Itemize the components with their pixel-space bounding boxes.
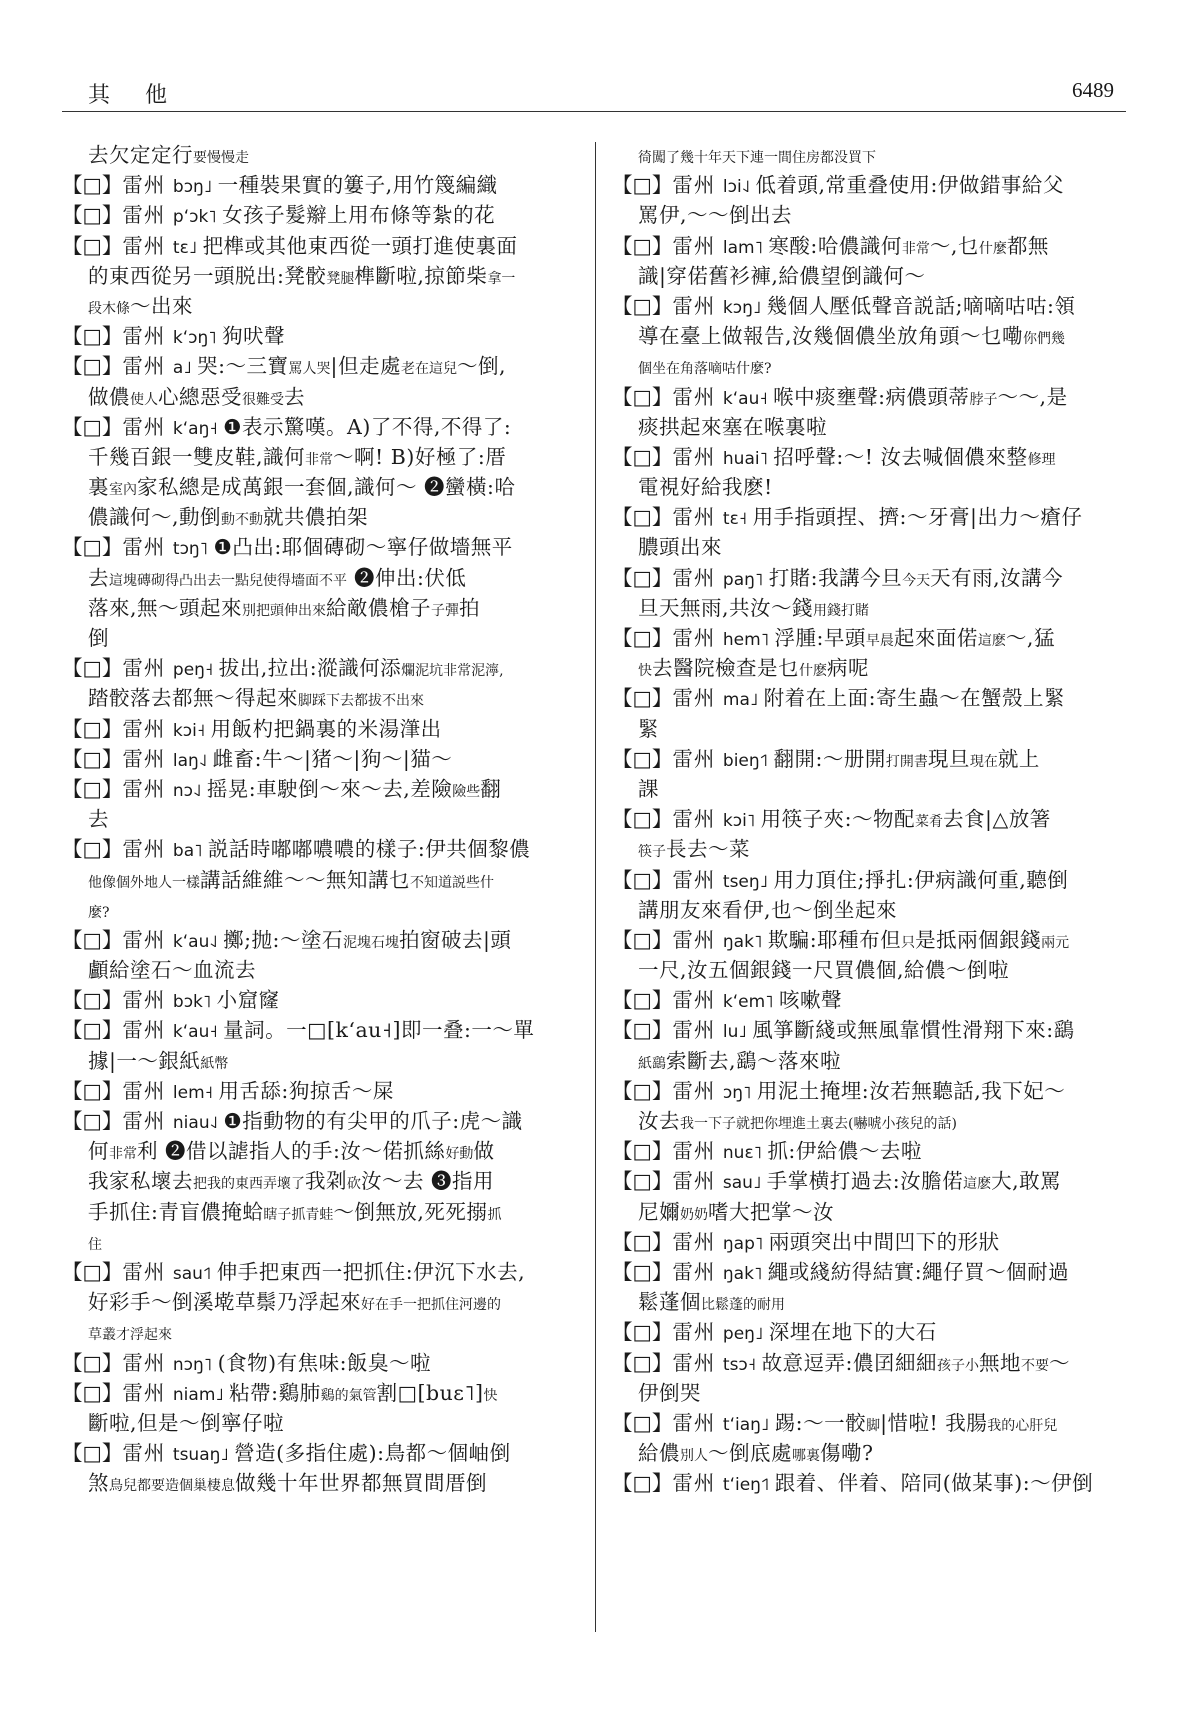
dialect-label: 雷州 [672,807,723,831]
gloss-text: 兩元 [1041,935,1069,951]
definition-text: 寒酸:哈儂識何 [768,234,901,258]
headword-placeholder: 【□】 [612,566,672,590]
entry-line: 【□】雷州 a˩ 哭:～三寶罵人哭|但走處老在這兒～倒, [62,351,572,381]
gloss-text: 奶奶 [680,1207,708,1223]
entry-line: 【□】雷州 bɔk˥ 小窟窿 [62,985,572,1015]
entry-line: 【□】雷州 lam˥ 寒酸:哈儂識何非常～,乜什麼都無 [612,231,1142,261]
headword-placeholder: 【□】 [62,354,122,378]
gloss-text: 快 [484,1388,498,1404]
headword-placeholder: 【□】 [612,505,672,529]
headword-placeholder: 【□】 [612,294,672,318]
entry-continuation-line: 麼? [62,895,572,925]
gloss-text: 早晨 [866,633,894,649]
ipa-pronunciation: peŋ˧ [173,660,219,680]
definition-text: ～,乜 [930,234,979,258]
definition-text: 做儂 [88,385,130,409]
ipa-pronunciation: nɔ˨˩ [173,781,207,801]
headword-placeholder: 【□】 [62,324,122,348]
headword-placeholder: 【□】 [62,1441,122,1465]
ipa-pronunciation: lɔi˨˩ [723,177,756,197]
ipa-pronunciation: kʻem˥ [723,992,779,1012]
entry-continuation-line: 個坐在角落嘀咕什麼? [612,351,1142,381]
headword-placeholder: 【□】 [612,1320,672,1344]
definition-text: 何 [88,1139,109,1163]
entry-continuation-line: 課 [612,774,1142,804]
definition-text: 狗吠聲 [222,324,285,348]
dialect-label: 雷州 [122,988,173,1012]
definition-text: 我刴 [305,1169,347,1193]
gloss-text: 這塊磚砌得凸出去一點兒使得墻面不平 [109,573,347,589]
definition-text: 去欠定定行 [88,143,193,167]
gloss-text: 孩子小 [937,1358,979,1374]
gloss-text: 脚 [866,1418,880,1434]
definition-text: 起來面偌 [894,626,978,650]
ipa-pronunciation: tsɔ˧ [723,1355,762,1375]
entry-line: 【□】雷州 hem˥ 浮腫:早頭早晨起來面偌這麽～,猛 [612,623,1142,653]
ipa-pronunciation: niam˩ [173,1385,229,1405]
entry-line: 【□】雷州 laŋ˨˩ 雌畜:牛～|猪～|狗～|猫～ [62,744,572,774]
entry-continuation-line: 儂識何～,動倒動不動就共儂拍架 [62,502,572,532]
definition-text: 都無 [1007,234,1049,258]
dialect-label: 雷州 [672,1139,723,1163]
ipa-pronunciation: kɔi˧ [173,721,211,741]
definition-text: 踏骹落去都無～得起來 [88,686,298,710]
definition-text: 天有雨,汝講今 [930,566,1063,590]
headword-placeholder: 【□】 [62,535,122,559]
gloss-text: 你們幾 [1023,331,1065,347]
gloss-text: 快 [638,663,652,679]
ipa-pronunciation: kɔi˥ [723,811,761,831]
headword-placeholder: 【□】 [62,656,122,680]
definition-text: 鬆蓬個 [638,1290,701,1314]
entry-continuation-line: 手抓住:青盲儂掩蛤瞎子抓青蛙～倒無放,死死搦抓 [62,1197,572,1227]
headword-placeholder: 【□】 [612,234,672,258]
dialect-label: 雷州 [122,1109,173,1133]
ipa-pronunciation: hem˥ [723,630,775,650]
definition-text: 痰拱起來塞在喉裏啦 [638,415,827,439]
header-rule [62,111,1126,112]
ipa-pronunciation: tʻiaŋ˩ [723,1415,775,1435]
entry-continuation-line: 斷啦,但是～倒寧仔啦 [62,1408,572,1438]
ipa-pronunciation: nɔŋ˥ [173,1355,218,1375]
definition-text: 小窟窿 [217,988,280,1012]
entry-continuation-line: 伊倒哭 [612,1378,1142,1408]
entry-line: 【□】雷州 kʻau˧ 喉中痰壅聲:病儂頭蒂脖子～～,是 [612,382,1142,412]
ipa-pronunciation: kʻau˨˩ [173,932,223,952]
ipa-pronunciation: huai˥ [723,449,773,469]
definition-text: 量詞。一□[kʻau˧]即一叠:一～單 [223,1018,534,1042]
definition-text: 傷嘞? [820,1441,874,1465]
dialect-label: 雷州 [672,1018,723,1042]
ipa-pronunciation: ŋak˥ [723,1264,768,1284]
dialect-label: 雷州 [672,173,723,197]
entry-continuation-line: 鬆蓬個比鬆蓬的耐用 [612,1287,1142,1317]
dialect-label: 雷州 [672,1411,723,1435]
entry-line: 【□】雷州 ŋak˥ 繩或綫紡得結實:繩仔買～個耐過 [612,1257,1142,1287]
entry-continuation-line: 電視好給我麽! [612,472,1142,502]
definition-text: 粘帶:鷄肺 [229,1381,320,1405]
definition-text: 擲;抛:～塗石 [223,928,343,952]
gloss-text: 把我的東西弄壞了 [193,1176,305,1192]
entry-continuation-line: 痰拱起來塞在喉裏啦 [612,412,1142,442]
ipa-pronunciation: tɛ˧ [723,509,753,529]
definition-text: 顱給塗石～血流去 [88,958,256,982]
gloss-text: 鷄的氣管 [321,1388,377,1404]
entry-continuation-line: 罵伊,～～倒出去 [612,200,1142,230]
gloss-text: 脖子 [970,392,998,408]
entry-continuation-line: 住 [62,1227,572,1257]
gloss-text: 只 [901,935,915,951]
definition-text: 就上 [998,747,1040,771]
headword-placeholder: 【□】 [612,445,672,469]
ipa-pronunciation: sau˦˥ [173,1264,217,1284]
entry-continuation-line: 旦天無雨,共汝～錢用錢打賭 [612,593,1142,623]
entry-continuation-line: 識|穿偌舊衫褲,給儂望倒識何～ [612,261,1142,291]
definition-text: 去 [88,807,109,831]
dialect-label: 雷州 [672,1079,723,1103]
entry-line: 【□】雷州 sau˩ 手掌横打過去:汝膽偌這麽大,敢罵 [612,1166,1142,1196]
definition-text: 一種裝果實的簍子,用竹篾編織 [218,173,498,197]
dialect-label: 雷州 [672,294,723,318]
entry-line: 【□】雷州 ŋak˥ 欺騙:耶種布但只是抵兩個銀錢兩元 [612,925,1142,955]
dialect-label: 雷州 [122,354,173,378]
definition-text: 做 [473,1139,494,1163]
ipa-pronunciation: ba˥ [173,841,208,861]
dialect-label: 雷州 [672,747,723,771]
running-head: 其 他 [88,78,181,109]
dialect-label: 雷州 [672,445,723,469]
definition-text: 裏 [88,475,109,499]
headword-placeholder: 【□】 [612,1169,672,1193]
headword-placeholder: 【□】 [62,777,122,801]
dialect-label: 雷州 [672,1169,723,1193]
entry-line: 【□】雷州 peŋ˧ 拔出,拉出:漎識何添爛泥坑非常泥濘, [62,653,572,683]
entry-line: 【□】雷州 nɔ˨˩ 摇晃:車駛倒～來～去,差險險些翻 [62,774,572,804]
entry-continuation-line: 顱給塗石～血流去 [62,955,572,985]
definition-text: ～出來 [130,294,193,318]
entry-line: 【□】雷州 niau˨˩ ❶指動物的有尖甲的爪子:虎～識 [62,1106,572,1136]
ipa-pronunciation: bɔk˥ [173,992,217,1012]
gloss-text: 他像個外地人一樣 [88,875,200,891]
definition-text: ❶指動物的有尖甲的爪子:虎～識 [223,1109,522,1133]
dialect-label: 雷州 [672,868,723,892]
definition-text: 利 ❷借以謔指人的手:汝～偌抓絲 [137,1139,445,1163]
headword-placeholder: 【□】 [612,988,672,1012]
definition-text: 哭:～三寶 [197,354,288,378]
definition-text: 給儂 [638,1441,680,1465]
headword-placeholder: 【□】 [612,928,672,952]
definition-text: 的東西從另一頭脱出:凳骹 [88,264,326,288]
entry-line: 【□】雷州 tɛ˧ 用手指頭捏、擠:～牙膏|出力～瘡仔 [612,502,1142,532]
definition-text: 抓:伊給儂～去啦 [767,1139,921,1163]
definition-text: ～～,是 [998,385,1068,409]
headword-placeholder: 【□】 [62,717,122,741]
entry-line: 【□】雷州 tʻieŋ˦˥ 跟着、伴着、陪同(做某事):～伊倒 [612,1468,1142,1498]
definition-text: 用手指頭捏、擠:～牙膏|出力～瘡仔 [753,505,1083,529]
ipa-pronunciation: bɔŋ˩ [173,177,218,197]
entry-line: 【□】雷州 peŋ˩ 深埋在地下的大石 [612,1317,1142,1347]
headword-placeholder: 【□】 [612,1411,672,1435]
gloss-text: 別人 [680,1448,708,1464]
gloss-text: 現在 [970,754,998,770]
ipa-pronunciation: lem˧ [173,1083,219,1103]
headword-placeholder: 【□】 [62,1079,122,1103]
definition-text: 好彩手～倒溪墘草鬃乃浮起來 [88,1290,361,1314]
definition-text: 繩或綫紡得結實:繩仔買～個耐過 [768,1260,1069,1284]
gloss-text: 這麽 [978,633,1006,649]
entry-continuation-line: 一尺,汝五個銀錢一尺買儂個,給儂～倒啦 [612,955,1142,985]
entry-continuation-line: 好彩手～倒溪墘草鬃乃浮起來好在手一把抓住河邊的 [62,1287,572,1317]
dialect-label: 雷州 [122,415,173,439]
definition-text: 喉中痰壅聲:病儂頭蒂 [773,385,969,409]
definition-text: 斷啦,但是～倒寧仔啦 [88,1411,284,1435]
entry-line: 【□】雷州 kʻau˨˩ 擲;抛:～塗石泥塊石塊拍窗破去|頭 [62,925,572,955]
definition-text: 踢:～一骹 [775,1411,866,1435]
gloss-text: 脚踩下去都拔不出來 [298,693,424,709]
headword-placeholder: 【□】 [612,385,672,409]
ipa-pronunciation: ŋak˥ [723,932,768,952]
entry-line: 【□】雷州 bieŋ˦˥ 翻開:～册開打開書現旦現在就上 [612,744,1142,774]
definition-text: 大,敢罵 [991,1169,1061,1193]
definition-text: 就共儂拍架 [263,505,368,529]
definition-text: 用舌舔:狗掠舌～屎 [218,1079,393,1103]
definition-text: 尼嬭 [638,1200,680,1224]
definition-text: 兩頭突出中間凹下的形狀 [769,1230,1000,1254]
entry-line: 【□】雷州 tseŋ˩ 用力頂住;掙扎:伊病識何重,聽倒 [612,865,1142,895]
entry-continuation-line: 落來,無～頭起來別把頭伸出來給敵儂槍子子彈拍 [62,593,572,623]
entry-continuation-line: 倒 [62,623,572,653]
gloss-text: 不知道説些什 [410,875,494,891]
dialect-label: 雷州 [122,747,173,771]
definition-text: ～倒底處 [708,1441,792,1465]
gloss-text: 老在這兒 [401,361,457,377]
headword-placeholder: 【□】 [612,1139,672,1163]
gloss-text: 我一下子就把你埋進土裏去(嚇唬小孩兒的話) [680,1116,957,1132]
gloss-text: 非常 [109,1146,137,1162]
ipa-pronunciation: peŋ˩ [723,1324,769,1344]
dialect-label: 雷州 [122,535,173,559]
definition-text: 煞 [88,1471,109,1495]
headword-placeholder: 【□】 [612,686,672,710]
definition-text: 翻開:～册開 [773,747,885,771]
dialect-label: 雷州 [122,173,173,197]
gloss-text: 個坐在角落嘀咕什麼? [638,361,772,377]
definition-text: 識|穿偌舊衫褲,給儂望倒識何～ [638,264,925,288]
definition-text: 榫斷啦,掠節柴 [354,264,487,288]
ipa-pronunciation: tʻieŋ˦˥ [723,1475,775,1495]
headword-placeholder: 【□】 [612,1260,672,1284]
entry-continuation-line: 筷子長去～菜 [612,834,1142,864]
definition-text: 招呼聲:～! 汝去喊個儂來整 [773,445,1027,469]
gloss-text: 好動 [445,1146,473,1162]
gloss-text: 子彈 [431,603,459,619]
headword-placeholder: 【□】 [62,234,122,258]
dialect-label: 雷州 [672,626,723,650]
entry-line: 【□】雷州 kɔi˥ 用筷子夾:～物配菜肴去食|△放箸 [612,804,1142,834]
definition-text: ❶凸出:耶個磚砌～寧仔做墻無平 [213,535,512,559]
dialect-label: 雷州 [672,1471,723,1495]
entry-line: 【□】雷州 tsɔ˧ 故意逗弄:儂囝細細孩子小無地不要～ [612,1348,1142,1378]
definition-text: 浮腫:早頭 [775,626,866,650]
gloss-text: 什麼 [979,241,1007,257]
definition-text: 跟着、伴着、陪同(做某事):～伊倒 [775,1471,1093,1495]
dialect-label: 雷州 [672,234,723,258]
definition-text: |惜啦! 我腸 [880,1411,987,1435]
entry-continuation-line: 踏骹落去都無～得起來脚踩下去都拔不出來 [62,683,572,713]
entry-line: 【□】雷州 kʻɔŋ˥ 狗吠聲 [62,321,572,351]
gloss-text: 鳥兒都要造個巢棲息 [109,1478,235,1494]
definition-text: 低着頭,常重叠使用:伊做錯事給父 [755,173,1063,197]
gloss-text: 室內 [109,482,137,498]
entry-line: 【□】雷州 lu˩ 風箏斷綫或無風靠慣性滑翔下來:鷂 [612,1015,1142,1045]
ipa-pronunciation: ŋap˥ [723,1234,769,1254]
definition-text: 是抵兩個銀錢 [915,928,1041,952]
ipa-pronunciation: kʻaŋ˧ [173,419,223,439]
dialect-label: 雷州 [672,505,723,529]
entry-continuation-line: 去欠定定行要慢慢走 [62,140,572,170]
definition-text: 電視好給我麽! [638,475,773,499]
ipa-pronunciation: niau˨˩ [173,1113,223,1133]
entry-line: 【□】雷州 ba˥ 説話時嘟嘟噥噥的樣子:伊共個黎儂 [62,834,572,864]
gloss-text: 菜肴 [915,814,943,830]
entry-line: 【□】雷州 nuɛ˥ 抓:伊給儂～去啦 [612,1136,1142,1166]
definition-text: ～倒, [457,354,506,378]
headword-placeholder: 【□】 [62,1381,122,1405]
definition-text: ～,猛 [1006,626,1055,650]
entry-continuation-line: 徛闖了幾十年天下連一間住房都没買下 [612,140,1142,170]
entry-line: 【□】雷州 tɔŋ˥ ❶凸出:耶個磚砌～寧仔做墻無平 [62,532,572,562]
dialect-label: 雷州 [122,1351,173,1375]
ipa-pronunciation: a˩ [173,358,197,378]
gloss-text: 非常 [305,452,333,468]
entry-continuation-line: 據|一～銀紙紙幣 [62,1046,572,1076]
headword-placeholder: 【□】 [612,807,672,831]
definition-text: ～啊! B)好極了:厝 [333,445,506,469]
definition-text: 千幾百銀一雙皮鞋,識何 [88,445,305,469]
gloss-text: 很難受 [242,392,284,408]
headword-placeholder: 【□】 [612,626,672,650]
definition-text: 膿頭出來 [638,535,722,559]
entry-line: 【□】雷州 kʻaŋ˧ ❶表示驚嘆。A)了不得,不得了: [62,412,572,442]
ipa-pronunciation: tsuaŋ˩ [173,1445,234,1465]
definition-text: ～ [1049,1351,1070,1375]
headword-placeholder: 【□】 [62,928,122,952]
gloss-text: 比鬆蓬的耐用 [701,1297,785,1313]
gloss-text: 我的心肝兒 [987,1418,1057,1434]
gloss-text: 段木條 [88,301,130,317]
ipa-pronunciation: laŋ˨˩ [173,751,213,771]
ipa-pronunciation: pʻɔk˥ [173,207,222,227]
dialect-label: 雷州 [122,656,173,680]
definition-text: 拍 [459,596,480,620]
right-column: 徛闖了幾十年天下連一間住房都没買下【□】雷州 lɔi˨˩ 低着頭,常重叠使用:伊… [612,140,1142,1498]
headword-placeholder: 【□】 [612,173,672,197]
gloss-text: 抓 [487,1207,501,1223]
dialect-label: 雷州 [122,203,173,227]
gloss-text: 徛闖了幾十年天下連一間住房都没買下 [638,150,876,166]
ipa-pronunciation: tɔŋ˥ [173,539,214,559]
page-number: 6489 [1072,78,1114,103]
gloss-text: 紙幣 [200,1056,228,1072]
definition-text: 咳嗽聲 [779,988,842,1012]
definition-text: 罵伊,～～倒出去 [638,203,792,227]
gloss-text: 爛泥坑非常泥濘, [401,663,503,679]
definition-text: 女孩子髮辮上用布條等紮的花 [222,203,495,227]
headword-placeholder: 【□】 [62,173,122,197]
headword-placeholder: 【□】 [62,1260,122,1284]
entry-continuation-line: 煞鳥兒都要造個巢棲息做幾十年世界都無買間厝倒 [62,1468,572,1498]
ipa-pronunciation: paŋ˥ [723,570,769,590]
gloss-text: 動不動 [221,512,263,528]
definition-text: 給敵儂槍子 [326,596,431,620]
definition-text: 用泥土掩埋:汝若無聽話,我下妃～ [757,1079,1065,1103]
entry-continuation-line: 導在臺上做報告,汝幾個儂坐放角頭～乜嘞你們幾 [612,321,1142,351]
gloss-text: 好在手一把抓住河邊的 [361,1297,501,1313]
gloss-text: 紙鷂 [638,1056,666,1072]
definition-text: 手抓住:青盲儂掩蛤 [88,1200,263,1224]
ipa-pronunciation: lam˥ [723,238,769,258]
dialect-label: 雷州 [122,324,173,348]
definition-text: 心總惡受 [158,385,242,409]
gloss-text: 不要 [1021,1358,1049,1374]
entry-continuation-line: 我家私壞去把我的東西弄壞了我刴砍汝～去 ❸指用 [62,1166,572,1196]
entry-continuation-line: 給儂別人～倒底處哪裏傷嘞? [612,1438,1142,1468]
headword-placeholder: 【□】 [62,988,122,1012]
dialect-label: 雷州 [122,1079,173,1103]
entry-continuation-line: 段木條～出來 [62,291,572,321]
entry-continuation-line: 他像個外地人一樣講話維維～～無知講乜不知道説些什 [62,865,572,895]
definition-text: 幾個人壓低聲音説話;嘀嘀咕咕:領 [767,294,1076,318]
definition-text: 伊倒哭 [638,1381,701,1405]
definition-text: 深埋在地下的大石 [769,1320,937,1344]
definition-text: (食物)有焦味:飯臭～啦 [218,1351,431,1375]
entry-line: 【□】雷州 kʻem˥ 咳嗽聲 [612,985,1142,1015]
dialect-label: 雷州 [672,928,723,952]
dialect-label: 雷州 [672,1260,723,1284]
headword-placeholder: 【□】 [612,1351,672,1375]
definition-text: 儂識何～,動倒 [88,505,221,529]
definition-text: 用飯杓把鍋裏的米湯潷出 [211,717,442,741]
headword-placeholder: 【□】 [612,868,672,892]
definition-text: ❷伸出:伏低 [347,566,466,590]
definition-text: 據|一～銀紙 [88,1049,200,1073]
dialect-label: 雷州 [122,1441,173,1465]
dialect-label: 雷州 [122,234,173,258]
definition-text: 汝～去 ❸指用 [361,1169,494,1193]
ipa-pronunciation: sau˩ [723,1173,767,1193]
headword-placeholder: 【□】 [62,1109,122,1133]
dialect-label: 雷州 [672,1351,723,1375]
dialect-label: 雷州 [122,717,173,741]
definition-text: 旦天無雨,共汝～錢 [638,596,813,620]
definition-text: 嗜大把掌～汝 [708,1200,834,1224]
dialect-label: 雷州 [672,1230,723,1254]
definition-text: 索斷去,鷂～落來啦 [666,1049,841,1073]
definition-text: 課 [638,777,659,801]
entry-line: 【□】雷州 kʻau˧ 量詞。一□[kʻau˧]即一叠:一～單 [62,1015,572,1045]
gloss-text: 草叢才浮起來 [88,1327,172,1343]
entry-line: 【□】雷州 niam˩ 粘帶:鷄肺鷄的氣管割□[buɛ˥]快 [62,1378,572,1408]
gloss-text: 泥塊石塊 [343,935,399,951]
gloss-text: 用錢打賭 [813,603,869,619]
entry-continuation-line: 裏室內家私總是成萬銀一套個,識何～ ❷蠻橫:哈 [62,472,572,502]
ipa-pronunciation: ɔŋ˥ [723,1083,757,1103]
definition-text: 一尺,汝五個銀錢一尺買儂個,給儂～倒啦 [638,958,1009,982]
entry-continuation-line: 去這塊磚砌得凸出去一點兒使得墻面不平 ❷伸出:伏低 [62,563,572,593]
definition-text: 落來,無～頭起來 [88,596,242,620]
entry-line: 【□】雷州 kɔŋ˩ 幾個人壓低聲音説話;嘀嘀咕咕:領 [612,291,1142,321]
gloss-text: 修理 [1028,452,1056,468]
